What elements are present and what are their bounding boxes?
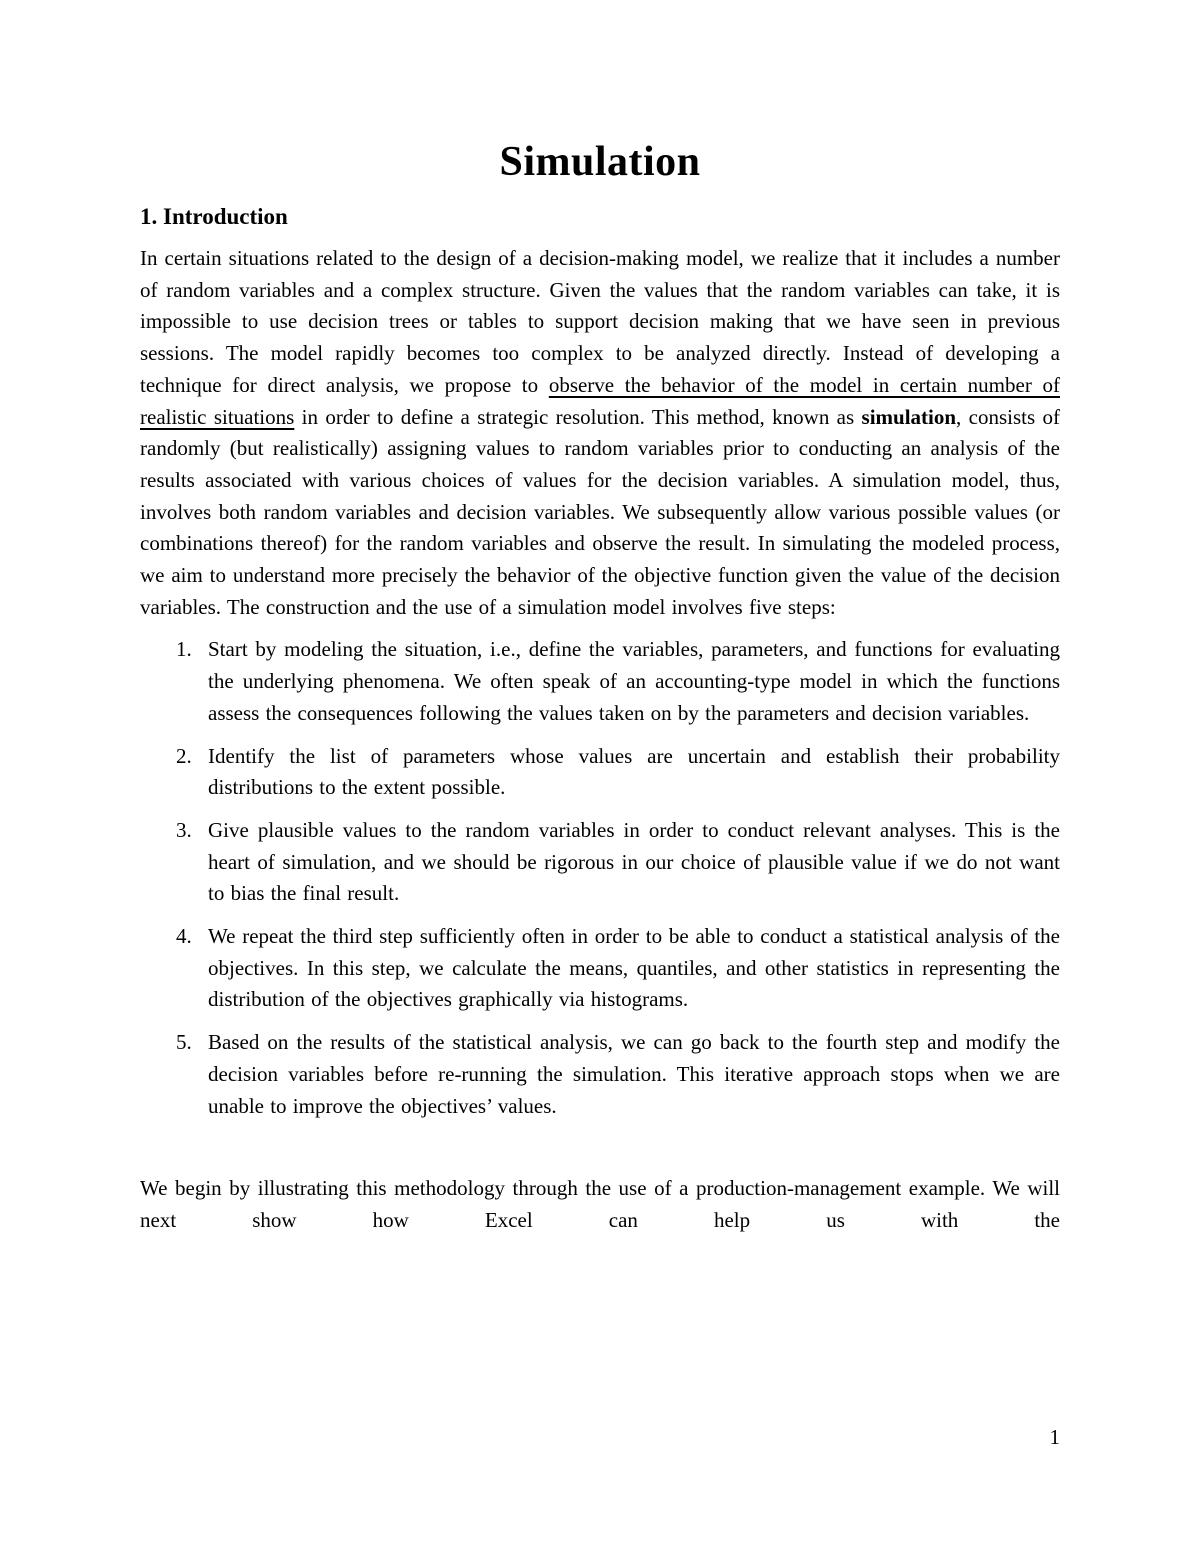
closing-paragraph: We begin by illustrating this methodolog…	[140, 1173, 1060, 1236]
intro-paragraph-bold-term: simulation	[862, 405, 957, 429]
list-item-number: 3.	[176, 815, 192, 847]
list-item-step-3: 3. Give plausible values to the random v…	[140, 815, 1060, 910]
list-item-number: 2.	[176, 741, 192, 773]
document-page: Simulation 1. Introduction In certain si…	[0, 0, 1200, 1553]
intro-paragraph-segment-2: in order to define a strategic resolutio…	[294, 405, 861, 429]
intro-paragraph-segment-3: , consists of randomly (but realisticall…	[140, 405, 1060, 619]
simulation-steps-list: 1. Start by modeling the situation, i.e.…	[140, 634, 1060, 1122]
list-item-step-4: 4. We repeat the third step sufficiently…	[140, 921, 1060, 1016]
list-item-text: Give plausible values to the random vari…	[208, 818, 1060, 905]
page-content: Simulation 1. Introduction In certain si…	[140, 0, 1060, 1237]
list-item-number: 4.	[176, 921, 192, 953]
list-item-step-1: 1. Start by modeling the situation, i.e.…	[140, 634, 1060, 729]
list-item-step-2: 2. Identify the list of parameters whose…	[140, 741, 1060, 804]
list-item-step-5: 5. Based on the results of the statistic…	[140, 1027, 1060, 1122]
list-item-text: Start by modeling the situation, i.e., d…	[208, 637, 1060, 724]
section-heading-introduction: 1. Introduction	[140, 202, 1060, 232]
list-item-text: Identify the list of parameters whose va…	[208, 744, 1060, 800]
intro-paragraph: In certain situations related to the des…	[140, 243, 1060, 623]
list-item-text: We repeat the third step sufficiently of…	[208, 924, 1060, 1011]
list-item-number: 5.	[176, 1027, 192, 1059]
list-item-number: 1.	[176, 634, 192, 666]
page-number: 1	[1050, 1422, 1061, 1453]
list-item-text: Based on the results of the statistical …	[208, 1030, 1060, 1117]
page-title: Simulation	[140, 138, 1060, 186]
